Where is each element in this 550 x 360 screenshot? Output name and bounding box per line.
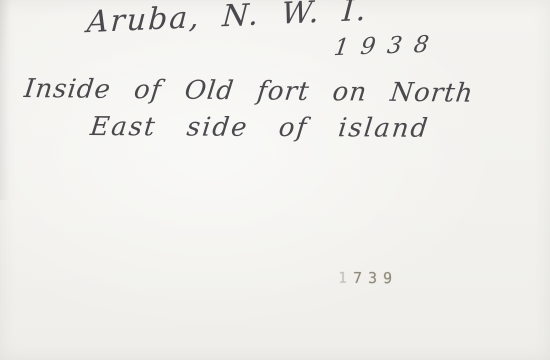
handwritten-location-line: Aruba, N. W. I. [86,0,369,40]
handwritten-year: 1938 [332,31,442,61]
stamp-number: 1739 [338,269,398,287]
photo-back-card: Aruba, N. W. I. 1938 Inside of Old fort … [0,0,550,360]
stamp-faint-digit: 1 [338,269,353,287]
handwritten-caption-line1: Inside of Old fort on North [23,74,476,109]
stamp-digits: 739 [353,269,398,287]
handwritten-caption-line2: East side of island [89,112,431,144]
